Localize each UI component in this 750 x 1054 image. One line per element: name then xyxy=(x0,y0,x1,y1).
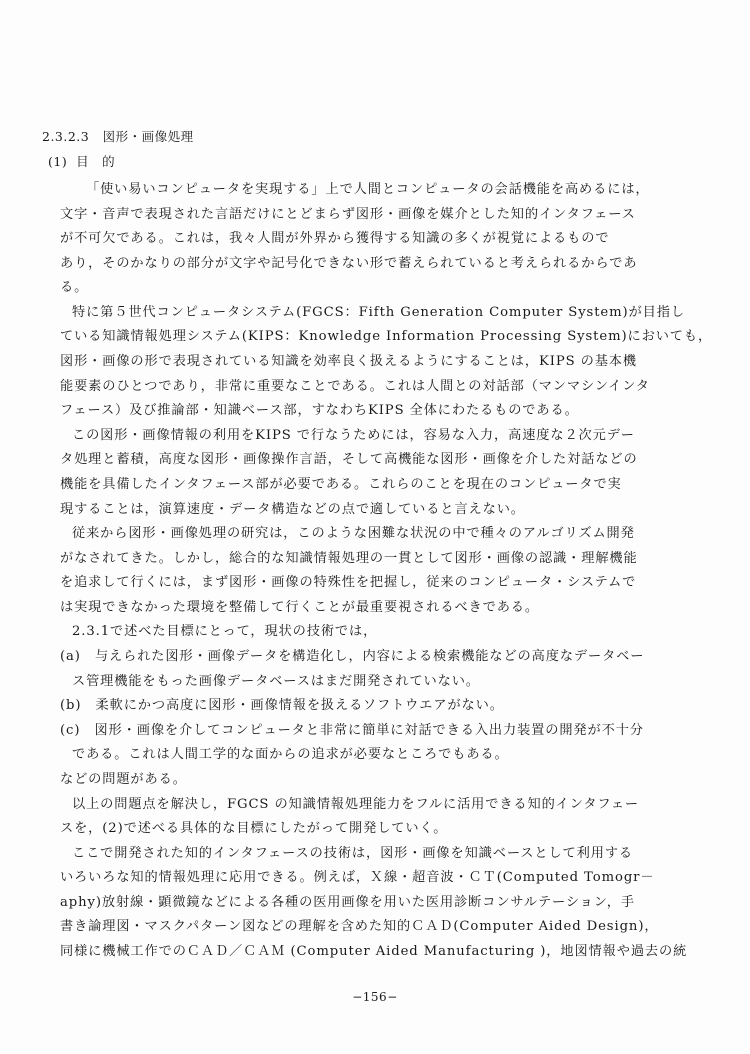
text-line: aphy)放射線・顕微鏡などによる各種の医用画像を用いた医用診断コンサルテーショ… xyxy=(60,894,635,912)
text-line: 現することは，演算速度・データ構造などの点で適していると言えない。 xyxy=(60,501,525,519)
text-line: 従来から図形・画像処理の研究は，このような困難な状況の中で種々のアルゴリズム開発 xyxy=(72,525,635,543)
text-line: 能要素のひとつであり，非常に重要なことである。これは人間との対話部（マンマシンイ… xyxy=(60,378,650,396)
text-line: あり，そのかなりの部分が文字や記号化できない形で蓄えられていると考えられるからで… xyxy=(60,255,637,273)
list-item-c: (c) 図形・画像を介してコンピュータと非常に簡単に対話できる入出力装置の開発が… xyxy=(60,722,644,740)
subsection-heading: (1) 目 的 xyxy=(48,153,115,171)
subsection-title: 目 的 xyxy=(76,154,115,169)
text-line: 文字・音声で表現された言語だけにとどまらず図形・画像を媒介とした知的インタフェー… xyxy=(60,206,636,224)
text-line: タ処理と蓄積，高度な図形・画像操作言語，そして高機能な図形・画像を介した対話など… xyxy=(60,451,638,469)
text-line: いろいろな知的情報処理に応用できる。例えば，Ｘ線・超音波・ＣＴ(Computed… xyxy=(60,869,654,887)
list-item-b: (b) 柔軟にかつ高度に図形・画像情報を扱えるソフトウエアがない。 xyxy=(60,697,504,715)
text-line: がなされてきた。しかし，総合的な知識情報処理の一貫として図形・画像の認識・理解機… xyxy=(60,550,638,568)
section-number: 2.3.2.3 xyxy=(42,129,89,144)
document-page: 2.3.2.3 図形・画像処理 (1) 目 的 「使い易いコンピュータを実現する… xyxy=(0,0,750,1054)
text-line: ている知識情報処理システム(KIPS：Knowledge Information… xyxy=(60,328,712,346)
text-line: 2.3.1で述べた目標にとって，現状の技術では， xyxy=(72,623,377,641)
list-item-a: (a) 与えられた図形・画像データを構造化し，内容による検索機能などの高度なデー… xyxy=(60,648,644,666)
section-heading: 2.3.2.3 図形・画像処理 xyxy=(42,128,194,146)
list-item-a-cont: ス管理機能をもった画像データベースはまだ開発されていない。 xyxy=(72,673,480,691)
text-line: る。 xyxy=(60,279,88,297)
text-line: 図形・画像の形で表現されている知識を効率良く扱えるようにすることは，KIPS の… xyxy=(60,353,637,371)
list-item-c-cont: である。これは人間工学的な面からの追求が必要なところでもある。 xyxy=(72,746,509,764)
text-line: 特に第５世代コンピュータシステム(FGCS：Fifth Generation C… xyxy=(72,304,685,322)
text-line: フェース）及び推論部・知識ベース部，すなわちKIPS 全体にわたるものである。 xyxy=(60,402,579,420)
text-line: この図形・画像情報の利用をKIPS で行なうためには，容易な入力，高速度な２次元… xyxy=(72,427,635,445)
text-line: を追求して行くには，まず図形・画像の特殊性を把握し，従来のコンピュータ・システム… xyxy=(60,574,636,592)
text-line: が不可欠である。これは，我々人間が外界から獲得する知識の多くが視覚によるもので xyxy=(60,230,609,248)
subsection-label: (1) xyxy=(48,154,67,169)
text-line: スを，(2)で述べる具体的な目標にしたがって開発していく。 xyxy=(60,820,447,838)
text-line: 以上の問題点を解決し，FGCS の知識情報処理能力をフルに活用できる知的インタフ… xyxy=(72,796,639,814)
section-title: 図形・画像処理 xyxy=(103,129,194,144)
text-line: 書き論理図・マスクパターン図などの理解を含めた知的ＣＡＤ(Computer Ai… xyxy=(60,918,658,936)
text-line: 同様に機械工作でのＣＡＤ／ＣＡＭ (Computer Aided Manufac… xyxy=(60,943,687,961)
page-number: −156− xyxy=(0,990,750,1004)
text-line: ここで開発された知的インタフェースの技術は，図形・画像を知識ベースとして利用する xyxy=(72,845,633,863)
text-line: 「使い易いコンピュータを実現する」上で人間とコンピュータの会話機能を高めるには， xyxy=(86,181,650,199)
text-line: は実現できなかった環境を整備して行くことが最重要視されるべきである。 xyxy=(60,599,539,617)
text-line: 機能を具備したインタフェース部が必要である。これらのことを現在のコンピュータで実 xyxy=(60,476,622,494)
text-line: などの問題がある。 xyxy=(60,771,187,789)
